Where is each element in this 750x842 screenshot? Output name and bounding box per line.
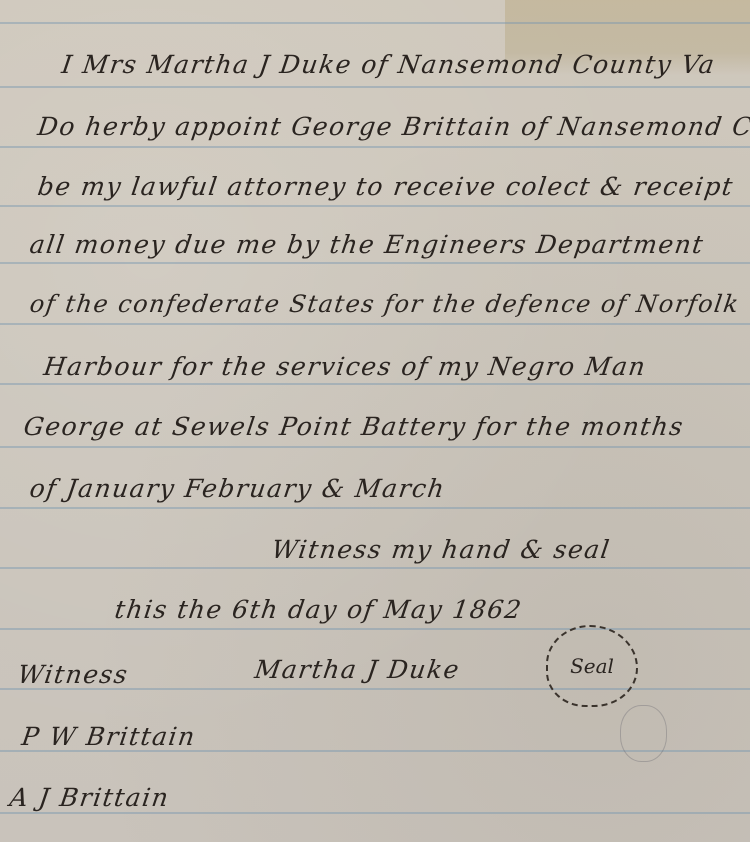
- witness-signature-2: A J Brittain: [8, 783, 171, 812]
- seal-label: Seal: [570, 654, 614, 678]
- text-line-5: of the confederate States for the defenc…: [28, 290, 741, 318]
- text-line-6: Harbour for the services of my Negro Man: [42, 352, 648, 381]
- rule-line: [0, 146, 750, 148]
- text-line-3: be my lawful attorney to receive colect …: [36, 172, 736, 201]
- text-line-8: of January February & March: [28, 474, 447, 503]
- witness-label: Witness: [16, 660, 130, 689]
- rule-line: [0, 205, 750, 207]
- witness-signature-1: P W Brittain: [20, 722, 198, 751]
- rule-line: [0, 22, 750, 24]
- rule-line: [0, 446, 750, 448]
- rule-line: [0, 812, 750, 814]
- rule-line: [0, 628, 750, 630]
- rule-line: [0, 567, 750, 569]
- rule-line: [0, 323, 750, 325]
- text-line-7: George at Sewels Point Battery for the m…: [22, 412, 686, 441]
- document-page: I Mrs Martha J Duke of Nansemond County …: [0, 0, 750, 842]
- seal-icon: Seal: [546, 625, 638, 707]
- text-line-1: I Mrs Martha J Duke of Nansemond County …: [60, 50, 717, 79]
- text-line-2: Do herby appoint George Brittain of Nans…: [36, 112, 750, 141]
- date-line: this the 6th day of May 1862: [113, 595, 524, 624]
- rule-line: [0, 262, 750, 264]
- signature: Martha J Duke: [253, 655, 462, 684]
- rule-line: [0, 86, 750, 88]
- text-line-9: Witness my hand & seal: [270, 535, 612, 564]
- text-line-4: all money due me by the Engineers Depart…: [28, 230, 706, 259]
- faint-circle-mark: [620, 705, 667, 762]
- rule-line: [0, 507, 750, 509]
- rule-line: [0, 383, 750, 385]
